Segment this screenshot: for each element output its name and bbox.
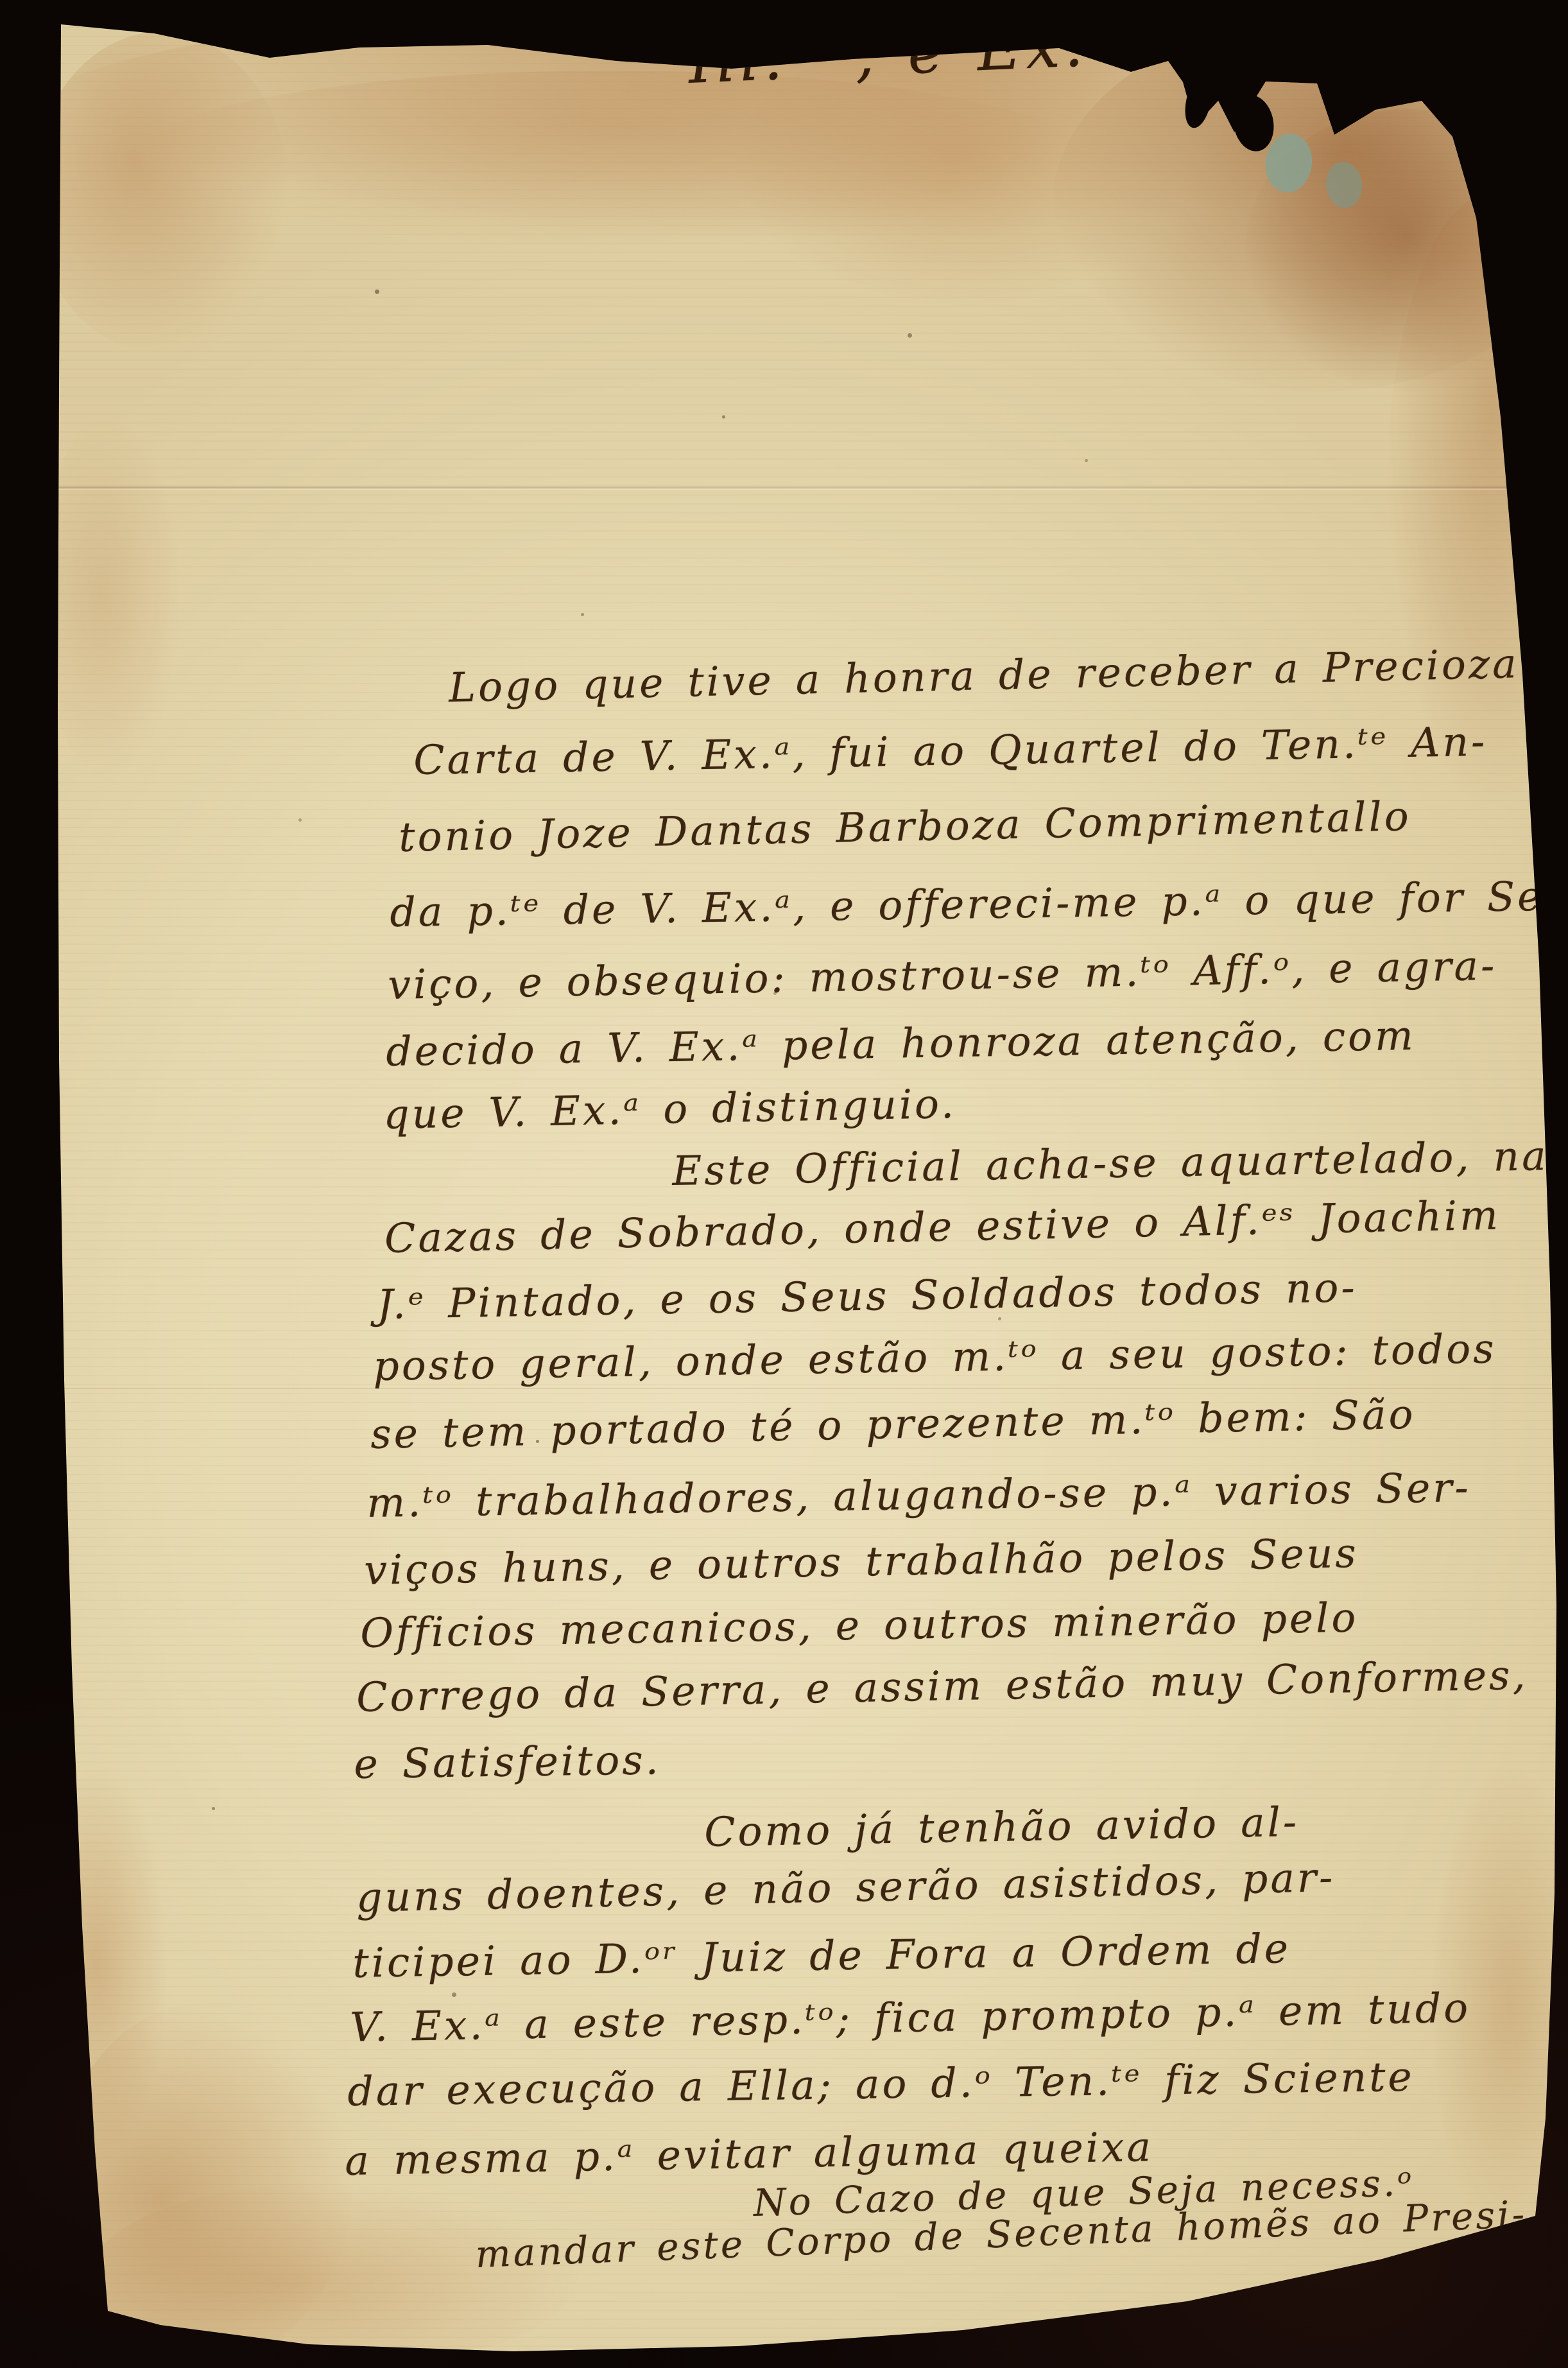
letter-line: V. Ex.ᵃ a este resp.ᵗᵒ; fica prompto p.ᵃ…: [350, 1985, 1471, 2051]
photo-background: Ill.ᵐᵒ, e Ex.ᵐᵒ Senhor. Logo que tive a …: [0, 0, 1568, 2368]
catchword: dio: [1365, 2283, 1432, 2329]
stain: [128, 71, 1091, 250]
letter-line: guns doentes, e não serão asistidos, par…: [356, 1854, 1336, 1921]
stain: [90, 2182, 578, 2368]
stain: [58, 2003, 353, 2362]
letter-line: viço, e obsequio: mostrou-se m.ᵗᵒ Aff.ᵒ,…: [388, 942, 1497, 1008]
letter-line: Cazas de Sobrado, onde estive o Alf.ᵉˢ J…: [384, 1192, 1501, 1262]
letter-line: que V. Ex.ᵃ o distinguio.: [383, 1080, 957, 1138]
letter-line: Como já tenhão avido al-: [704, 1799, 1300, 1856]
letter-line: e Satisfeitos.: [354, 1736, 661, 1788]
salutation: Ill.ᵐᵒ, e Ex.ᵐᵒ Senhor.: [687, 0, 1448, 98]
letter-line: Este Official acha-se aquartelado, nas: [672, 1132, 1568, 1195]
fold-crease: [58, 1388, 1553, 1389]
letter-line: dar execução a Ella; ao d.ᵒ Ten.ᵗᵉ fiz S…: [347, 2053, 1415, 2115]
letter-line: m.ᵗᵒ trabalhadores, alugando-se p.ᵃ vari…: [366, 1464, 1471, 1526]
letter-line: se tem portado té o prezente m.ᵗᵒ bem: S…: [370, 1391, 1416, 1458]
stain: [32, 32, 289, 353]
stain: [1386, 193, 1568, 802]
letter-line: posto geral, onde estão m.ᵗᵒ a seu gosto…: [373, 1326, 1497, 1390]
letter-line: da p.ᵗᵉ de V. Ex.ᵃ, e offereci-me p.ᵃ o …: [390, 872, 1568, 936]
letter-line: Carta de V. Ex.ᵃ, fui ao Quartel do Ten.…: [413, 718, 1488, 784]
letter-line: J.ᵉ Pintado, e os Seus Soldados todos no…: [377, 1264, 1358, 1328]
letter-line: decido a V. Ex.ᵃ pela honroza atenção, c…: [386, 1012, 1416, 1075]
letter-line: Logo que tive a honra de receber a Preci…: [448, 640, 1519, 711]
letter-line: Officios mecanicos, e outros minerão pel…: [360, 1595, 1359, 1657]
letter-line: ticipei ao D.ᵒʳ Juiz de Fora a Ordem de: [352, 1925, 1291, 1987]
letter-line: Corrego da Serra, e assim estão muy Conf…: [356, 1652, 1528, 1721]
fold-crease: [58, 487, 1553, 488]
manuscript-paper: Ill.ᵐᵒ, e Ex.ᵐᵒ Senhor. Logo que tive a …: [0, 0, 1568, 2368]
ink-speckles: [0, 0, 3, 3]
letter-line: viços huns, e outros trabalhão pelos Seu…: [364, 1530, 1359, 1594]
stain: [39, 1765, 167, 2163]
letter-line: tonio Joze Dantas Barboza Comprimentallo: [398, 793, 1411, 861]
stain: [39, 417, 180, 777]
fold-crease: [58, 488, 1553, 490]
